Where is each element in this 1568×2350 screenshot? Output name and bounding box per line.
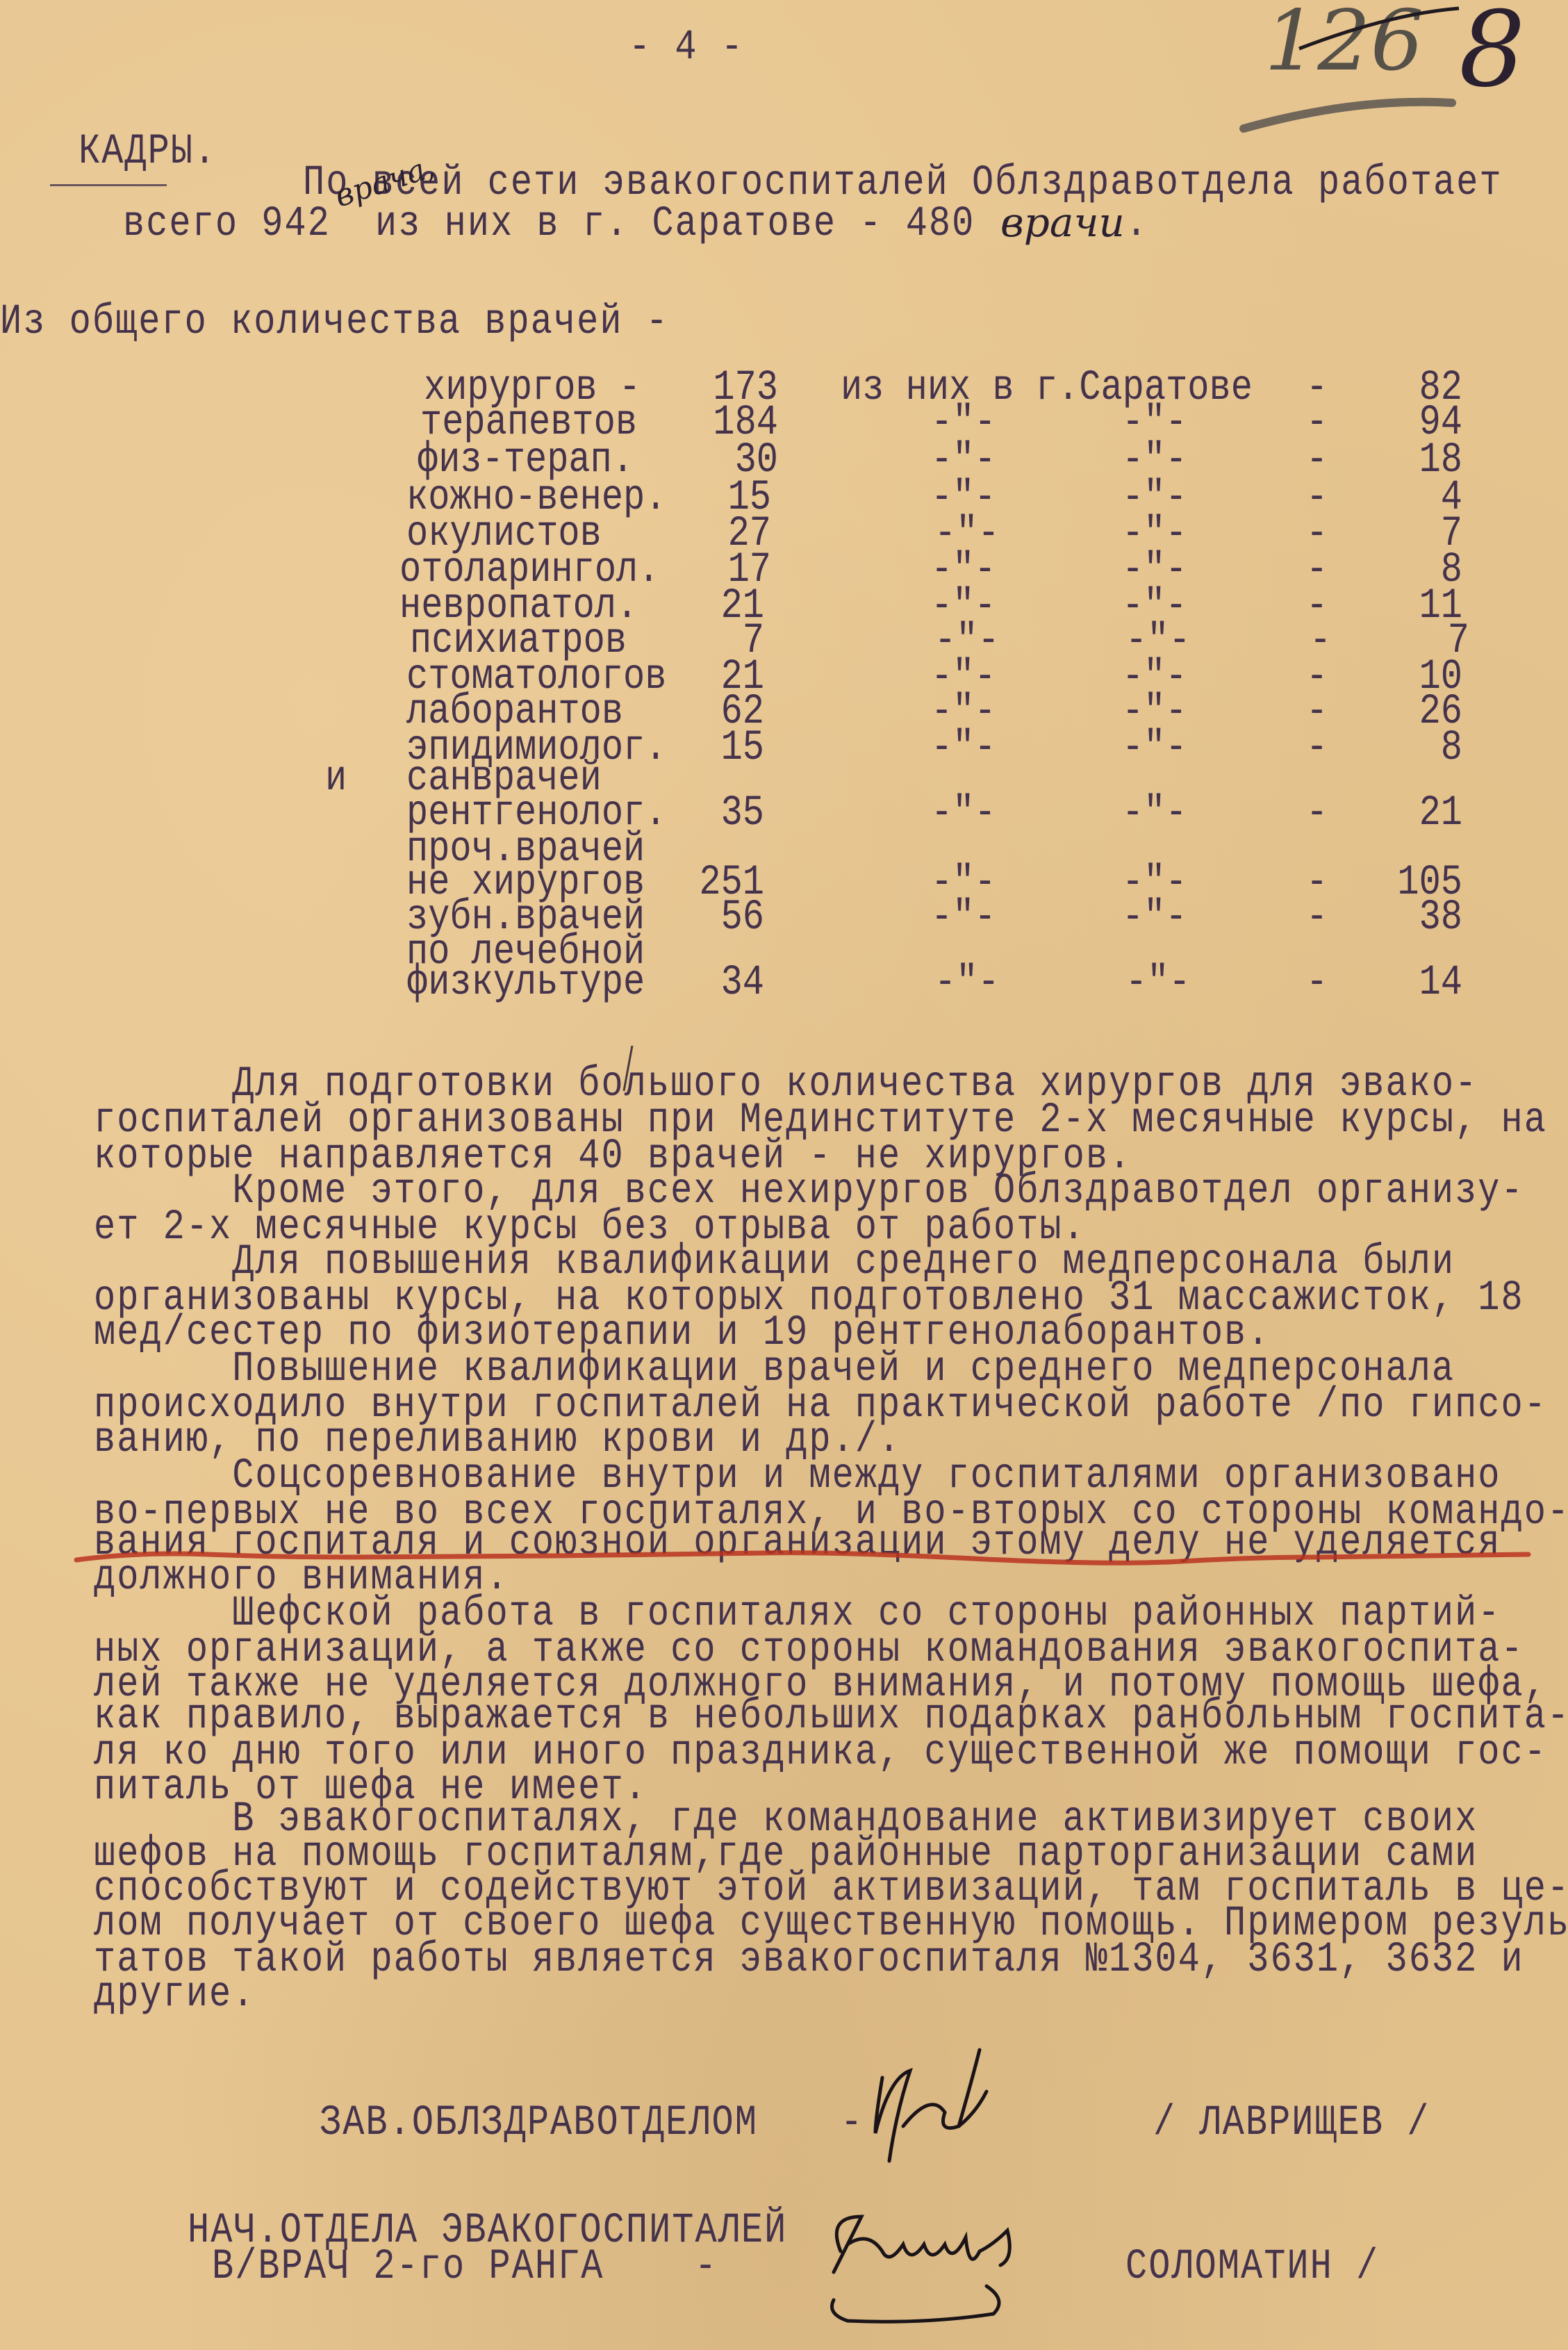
table-row: окулистов 27 -"- -"- - 7 [0, 513, 1568, 549]
table-row: проч.врачей [0, 828, 1568, 864]
table-row: невропатол. 21 -"- -"- - 11 [0, 585, 1568, 621]
signatory-name-1: / ЛАВРИЩЕВ / [1153, 2102, 1430, 2144]
intro-line-2-end: . [1125, 203, 1148, 245]
total: 34 [688, 962, 764, 1004]
table-row: стоматологов 21 -"- -"- - 10 [0, 656, 1568, 692]
signatory-title-1: ЗАВ.ОБЛЗДРАВОТДЕЛОМ [320, 2102, 758, 2144]
table-row: психиатров 7 -"- -"- - 7 [0, 620, 1568, 656]
table-row: физ-терап. 30 -"- -"- - 18 [0, 439, 1568, 475]
table-row-continuation: не хирургов 251 -"- -"- - 105 [0, 862, 1568, 898]
signature-lavrishchev [855, 2050, 1063, 2189]
table-row: зубн.врачей 56 -"- -"- - 38 [0, 896, 1568, 932]
table-row-continuation: физкультуре 34 -"- -"- - 14 [0, 962, 1568, 998]
dash: - [1306, 962, 1328, 1004]
ditto: -"- [1125, 962, 1191, 1004]
intro-line-2-start: всего 942 [123, 203, 331, 245]
intro-line-1: По всей сети эвакогоспиталей Облздравотд… [303, 162, 1503, 204]
pencil-mark-icon [611, 1042, 653, 1098]
table-row-continuation: и санврачей [0, 757, 1568, 794]
table-row: рентгенолог. 35 -"- -"- - 21 [0, 792, 1568, 828]
body-line: другие. [94, 1973, 255, 2016]
signatory-title-2b: В/ВРАЧ 2-го РАНГА [212, 2246, 604, 2288]
signature-dash-2: - [695, 2246, 718, 2288]
table-row: лаборантов 62 -"- -"- - 26 [0, 691, 1568, 727]
specialty-line-2: физкультуре [406, 962, 645, 1004]
table-row: отоларингол. 17 -"- -"- - 8 [0, 549, 1568, 585]
signatory-name-2: СОЛОМАТИН / [1125, 2246, 1379, 2288]
page-number: - 4 - [629, 26, 744, 69]
body-line: татов такой работы является эвакогоспита… [94, 1939, 1524, 1981]
table-row: терапевтов 184 -"- -"- - 94 [0, 402, 1568, 438]
signature-solomatin [820, 2203, 1070, 2342]
archive-folio-number: 8 [1459, 0, 1525, 110]
heading-underline [50, 184, 167, 186]
intro-line-2-mid: из них в г. Саратове - 480 [375, 203, 975, 245]
table-row: кожно-венер. 15 -"- -"- - 4 [0, 477, 1568, 513]
archive-folio: 126 8 [1251, 0, 1542, 139]
ditto: -"- [934, 962, 1000, 1004]
red-underline-mark [0, 1532, 1568, 1574]
handwritten-vrachi: врачи [1000, 199, 1125, 246]
section-heading: КАДРЫ. [79, 131, 217, 173]
table-lead: Из общего количества врачей - [0, 301, 669, 343]
saratov-count: 14 [1362, 962, 1462, 1004]
table-row: хирургов - 173 из них в г.Саратове - 82 [0, 367, 1568, 403]
